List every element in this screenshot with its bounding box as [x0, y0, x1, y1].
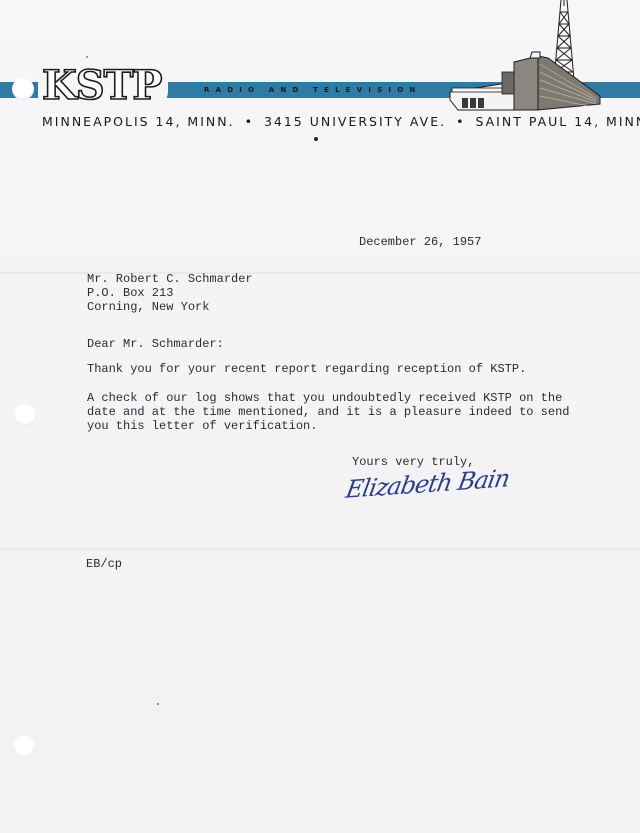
binder-hole: [13, 735, 35, 757]
paper-mark: [314, 137, 318, 141]
recipient-address: Mr. Robert C. SchmarderP.O. Box 213Corni…: [87, 272, 253, 314]
recipient-name: Mr. Robert C. Schmarder: [87, 272, 253, 286]
address-saint-paul: SAINT PAUL 14, MINN.: [475, 114, 640, 129]
recipient-city: Corning, New York: [87, 300, 253, 314]
paper-crease: [0, 548, 640, 550]
address-street: 3415 UNIVERSITY AVE.: [264, 114, 446, 129]
letterhead-tagline: RADIO AND TELEVISION: [204, 86, 421, 94]
closing: Yours very truly,: [352, 455, 474, 469]
paper-speck: [157, 703, 159, 705]
station-logo: KSTP: [38, 66, 168, 106]
address-minneapolis: MINNEAPOLIS 14, MINN.: [42, 114, 235, 129]
paper-speck: [86, 56, 88, 58]
letter-page: KSTP RADIO AND TELEVISION MINNEAPOLIS 14…: [0, 0, 640, 833]
body-paragraph-2: A check of our log shows that you undoub…: [87, 391, 569, 433]
body-paragraph-1: Thank you for your recent report regardi…: [87, 362, 526, 376]
recipient-po-box: P.O. Box 213: [87, 286, 253, 300]
letterhead-address: MINNEAPOLIS 14, MINN.•3415 UNIVERSITY AV…: [42, 114, 640, 129]
binder-hole: [12, 78, 34, 100]
salutation: Dear Mr. Schmarder:: [87, 337, 224, 351]
tower-building-illustration: [448, 0, 608, 112]
binder-hole: [14, 404, 36, 426]
address-separator: •: [245, 114, 254, 129]
handwritten-signature: Elizabeth Bain: [344, 464, 512, 504]
reference-initials: EB/cp: [86, 557, 122, 571]
address-separator: •: [456, 114, 465, 129]
letter-date: December 26, 1957: [359, 235, 481, 249]
